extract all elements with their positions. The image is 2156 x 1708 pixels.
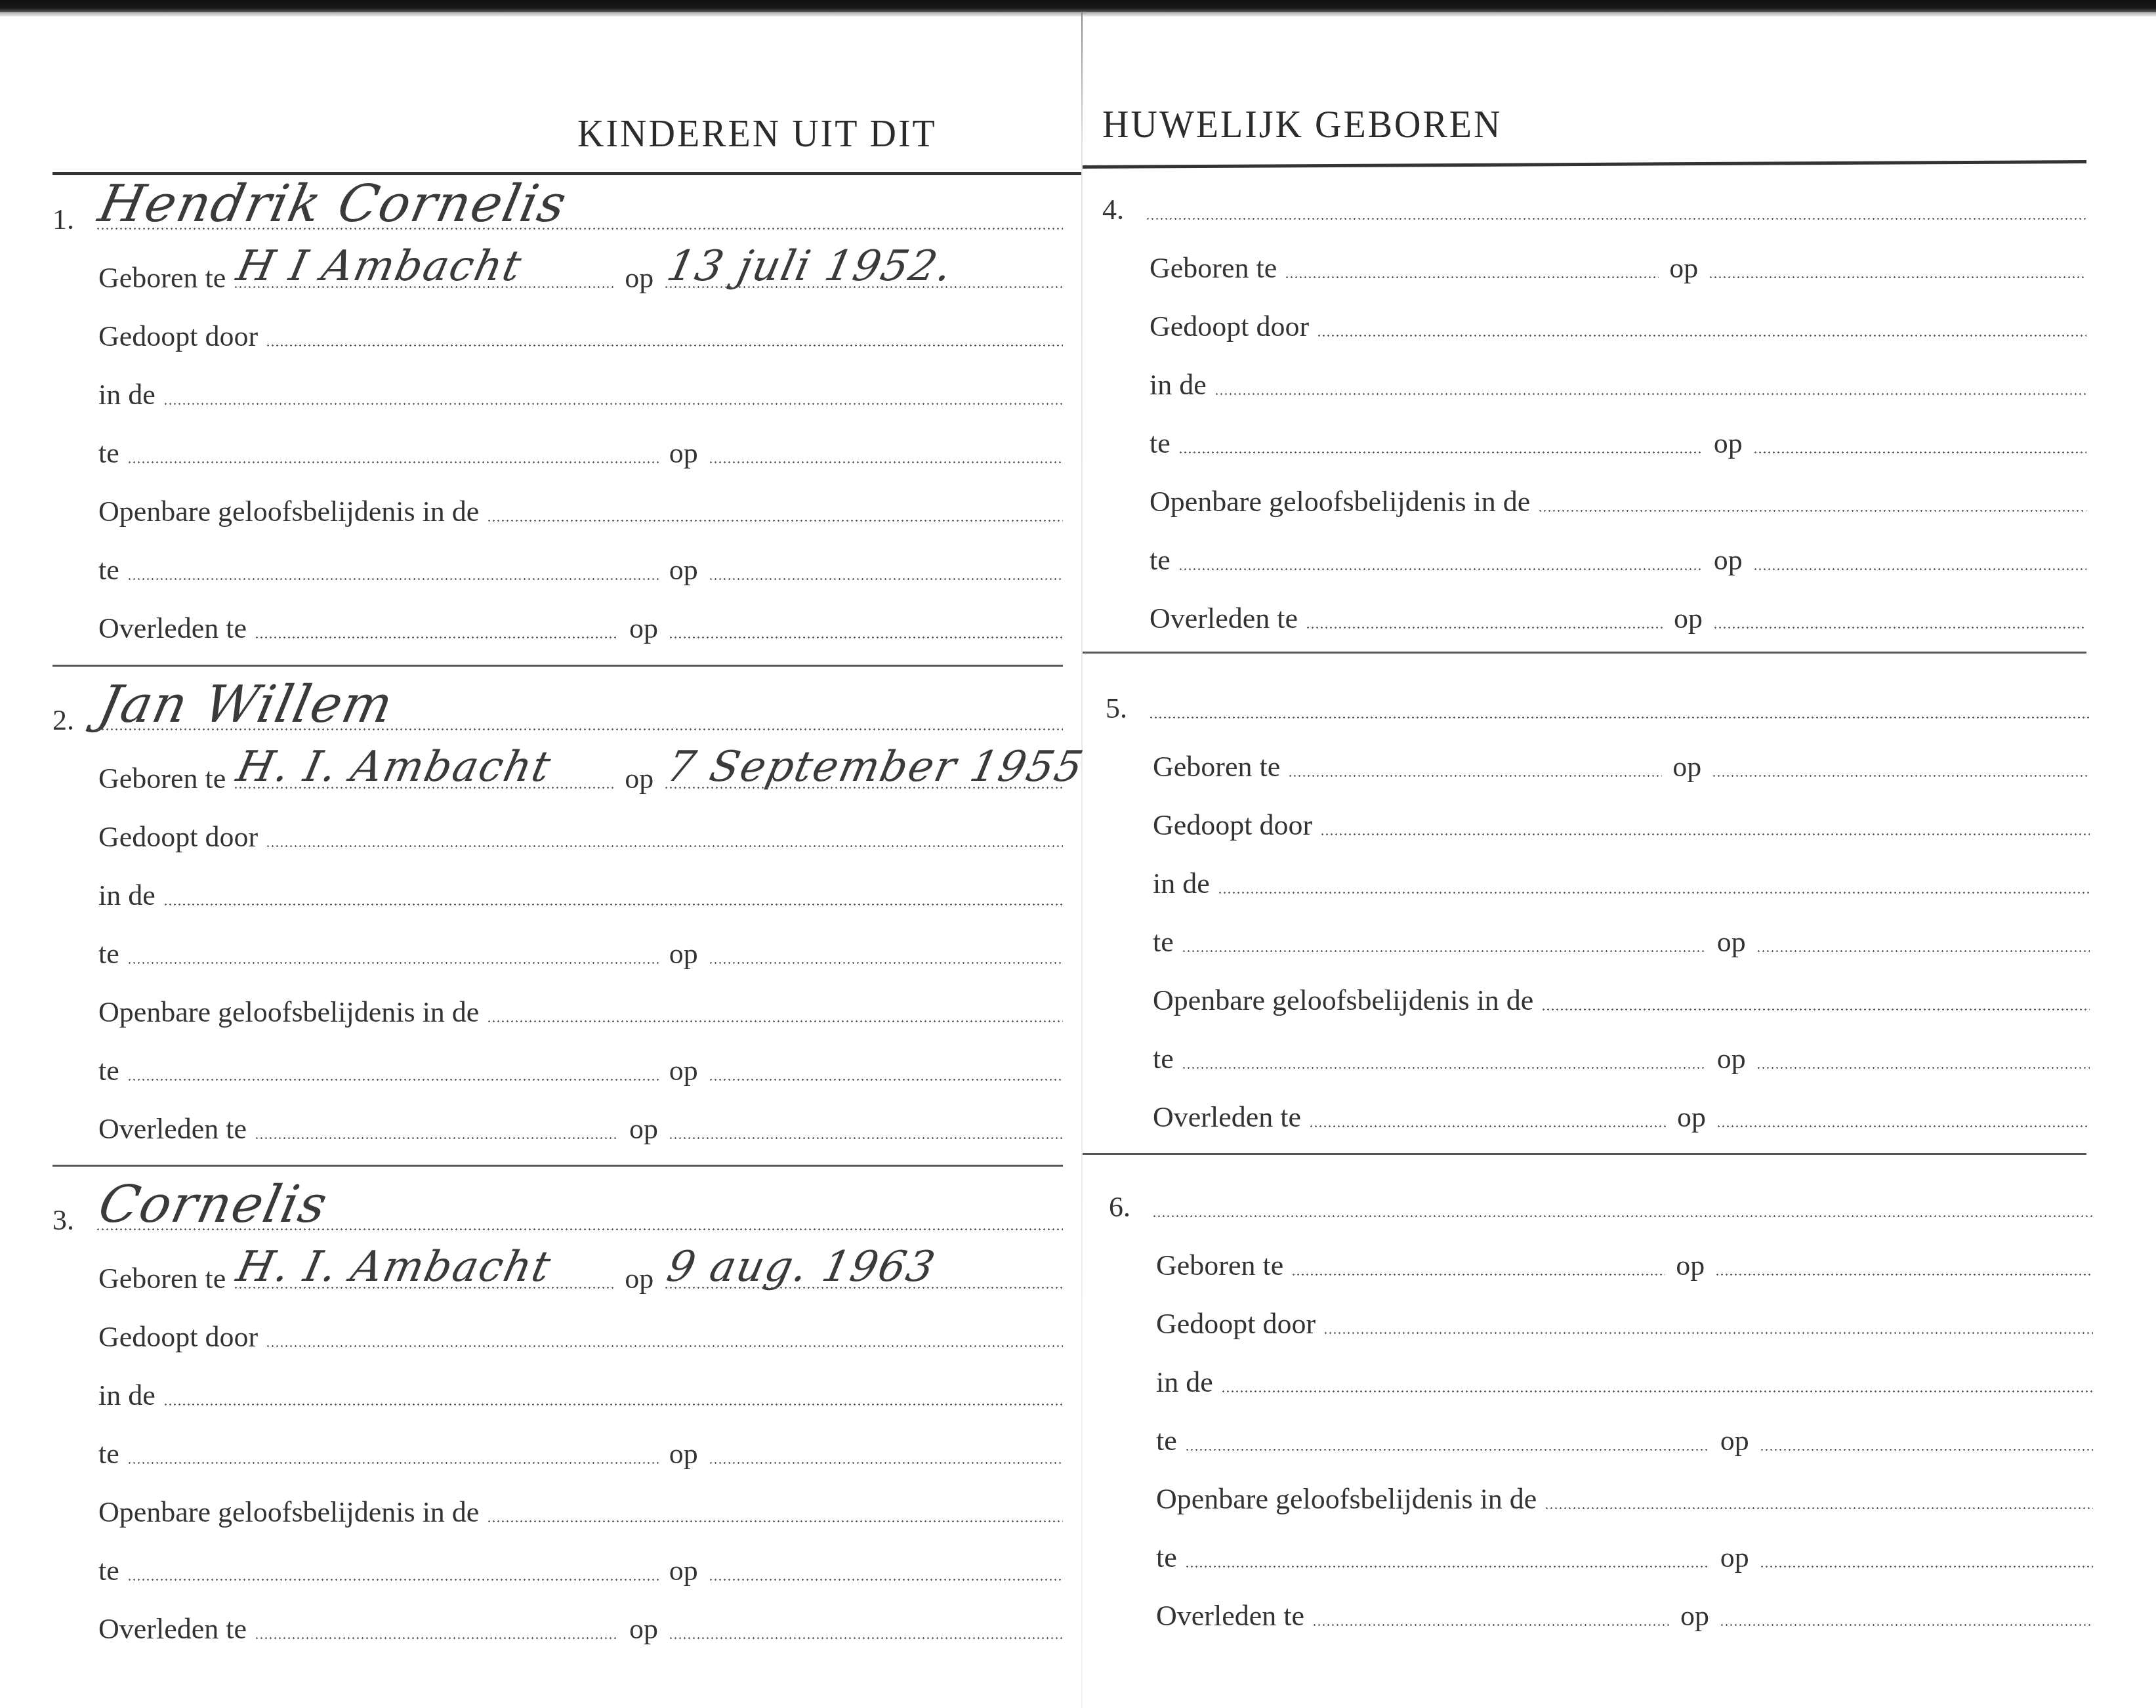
confession-date-field[interactable] xyxy=(709,1048,1063,1087)
born-place-field[interactable] xyxy=(1291,1243,1665,1282)
left-page: KINDEREN UIT DIT 1. Hendrik Cornelis Geb… xyxy=(0,0,1081,1708)
name-field[interactable]: Cornelis xyxy=(96,1198,1063,1237)
born-place-field[interactable]: H I Ambacht xyxy=(234,255,614,295)
born-place-value: H. I. Ambacht xyxy=(232,743,556,791)
te-label: te xyxy=(98,937,127,970)
confession-church-field[interactable] xyxy=(487,989,1063,1029)
name-field[interactable]: Hendrik Cornelis xyxy=(96,197,1063,236)
born-date-field[interactable] xyxy=(1715,1243,2093,1282)
baptism-place-row: te op xyxy=(1150,421,2086,460)
confession-date-field[interactable] xyxy=(709,1548,1063,1587)
died-label: Overleden te xyxy=(98,1112,255,1146)
died-date-field[interactable] xyxy=(669,1606,1063,1646)
confession-place-field[interactable] xyxy=(1185,1535,1710,1574)
confession-label: Openbare geloofsbelijdenis in de xyxy=(98,995,487,1029)
church-row: in de xyxy=(1153,861,2090,900)
op-label: op xyxy=(1670,1599,1720,1633)
right-page: HUWELIJK GEBOREN 4. Geboren te op Gedoop… xyxy=(1083,0,2156,1708)
born-date-field[interactable]: 13 juli 1952. xyxy=(664,255,1063,295)
born-label: Geboren te xyxy=(98,261,234,295)
baptism-date-field[interactable] xyxy=(1760,1418,2093,1457)
baptism-date-field[interactable] xyxy=(709,931,1063,970)
te-label: te xyxy=(1153,925,1182,959)
confession-church-field[interactable] xyxy=(1544,1476,2093,1516)
confession-row: Openbare geloofsbelijdenis in de xyxy=(1150,479,2086,518)
church-field[interactable] xyxy=(1214,362,2086,402)
church-label: in de xyxy=(98,879,163,912)
baptized-by-field[interactable] xyxy=(1323,1301,2093,1341)
op-label: op xyxy=(659,1437,709,1470)
died-place-field[interactable] xyxy=(1309,1094,1667,1134)
died-label: Overleden te xyxy=(1156,1599,1312,1633)
died-date-field[interactable] xyxy=(1720,1593,2093,1633)
te-label: te xyxy=(1156,1541,1185,1574)
baptized-by-field[interactable] xyxy=(266,314,1063,353)
died-row: Overleden te op xyxy=(1150,596,2086,635)
te-label: te xyxy=(1150,427,1178,460)
born-label: Geboren te xyxy=(1153,750,1288,783)
baptism-place-field[interactable] xyxy=(127,931,659,970)
te-label: te xyxy=(98,436,127,470)
church-row: in de xyxy=(98,1373,1063,1412)
born-date-value: 13 juli 1952. xyxy=(663,242,957,291)
baptized-row: Gedoopt door xyxy=(1150,304,2086,343)
church-field[interactable] xyxy=(163,873,1063,912)
te-label: te xyxy=(98,1054,127,1087)
confession-place-row: te op xyxy=(1153,1036,2090,1075)
name-value: Hendrik Cornelis xyxy=(93,175,572,234)
born-row: Geboren te H. I. Ambacht op 7 September … xyxy=(98,756,1063,795)
child-number: 4. xyxy=(1102,193,1146,226)
confession-church-field[interactable] xyxy=(1541,978,2090,1017)
confession-date-field[interactable] xyxy=(1756,1036,2090,1075)
confession-place-field[interactable] xyxy=(1178,537,1703,577)
confession-row: Openbare geloofsbelijdenis in de xyxy=(98,1489,1063,1529)
baptized-row: Gedoopt door xyxy=(98,314,1063,353)
te-label: te xyxy=(1153,1042,1182,1075)
baptism-place-field[interactable] xyxy=(1182,919,1707,959)
died-label: Overleden te xyxy=(1150,602,1306,635)
op-label: op xyxy=(614,261,664,295)
op-label: op xyxy=(1665,1249,1715,1282)
died-place-field[interactable] xyxy=(1306,596,1663,635)
op-label: op xyxy=(614,1262,664,1295)
op-label: op xyxy=(1659,251,1709,285)
born-place-value: H I Ambacht xyxy=(232,242,526,291)
church-field[interactable] xyxy=(163,1373,1063,1412)
heading-left: KINDEREN UIT DIT xyxy=(577,112,937,156)
child-number: 1. xyxy=(52,203,96,236)
op-label: op xyxy=(1710,1424,1760,1457)
confession-place-field[interactable] xyxy=(127,547,659,587)
baptized-label: Gedoopt door xyxy=(1156,1307,1323,1341)
born-date-field[interactable]: 9 aug. 1963 xyxy=(664,1256,1063,1295)
te-label: te xyxy=(1156,1424,1185,1457)
entry-divider xyxy=(52,1165,1063,1167)
born-place-field[interactable] xyxy=(1288,744,1662,783)
te-label: te xyxy=(98,1554,127,1587)
born-place-field[interactable]: H. I. Ambacht xyxy=(234,1256,614,1295)
confession-label: Openbare geloofsbelijdenis in de xyxy=(98,495,487,528)
child-number: 6. xyxy=(1109,1190,1152,1224)
baptism-place-field[interactable] xyxy=(127,430,659,470)
entry-divider xyxy=(1083,1153,2086,1155)
church-label: in de xyxy=(1150,368,1214,402)
confession-place-row: te op xyxy=(1156,1535,2093,1574)
church-row: in de xyxy=(98,873,1063,912)
died-place-field[interactable] xyxy=(255,1106,619,1146)
name-field[interactable] xyxy=(1146,187,2086,226)
died-row: Overleden te op xyxy=(1156,1593,2093,1633)
born-row: Geboren te op xyxy=(1153,744,2090,783)
baptized-label: Gedoopt door xyxy=(98,320,266,353)
baptized-label: Gedoopt door xyxy=(1153,808,1320,842)
baptism-place-row: te op xyxy=(98,1431,1063,1470)
op-label: op xyxy=(1662,750,1712,783)
born-place-value: H. I. Ambacht xyxy=(232,1243,556,1291)
born-label: Geboren te xyxy=(98,1262,234,1295)
name-field[interactable] xyxy=(1149,686,2090,725)
confession-row: Openbare geloofsbelijdenis in de xyxy=(1153,978,2090,1017)
church-row: in de xyxy=(1150,362,2086,402)
baptized-label: Gedoopt door xyxy=(1150,310,1317,343)
died-row: Overleden te op xyxy=(98,1606,1063,1646)
born-label: Geboren te xyxy=(1150,251,1285,285)
born-date-value: 7 September 1955 xyxy=(663,743,1088,791)
church-row: in de xyxy=(98,372,1063,411)
confession-church-field[interactable] xyxy=(487,489,1063,528)
died-place-field[interactable] xyxy=(255,606,619,645)
baptized-row: Gedoopt door xyxy=(98,1314,1063,1354)
op-label: op xyxy=(1707,1042,1756,1075)
church-field[interactable] xyxy=(163,372,1063,411)
church-row: in de xyxy=(1156,1360,2093,1399)
baptism-date-field[interactable] xyxy=(709,1431,1063,1470)
died-date-field[interactable] xyxy=(669,606,1063,645)
op-label: op xyxy=(1710,1541,1760,1574)
born-date-field[interactable] xyxy=(1709,245,2086,285)
baptized-row: Gedoopt door xyxy=(1153,802,2090,842)
baptism-date-field[interactable] xyxy=(709,430,1063,470)
born-row: Geboren te op xyxy=(1156,1243,2093,1282)
baptized-by-field[interactable] xyxy=(1317,304,2086,343)
op-label: op xyxy=(619,1112,669,1146)
died-label: Overleden te xyxy=(98,612,255,645)
te-label: te xyxy=(98,1437,127,1470)
died-date-field[interactable] xyxy=(1716,1094,2090,1134)
died-place-field[interactable] xyxy=(1312,1593,1670,1633)
born-date-field[interactable] xyxy=(1712,744,2090,783)
died-row: Overleden te op xyxy=(98,606,1063,645)
died-row: Overleden te op xyxy=(1153,1094,2090,1134)
confession-row: Openbare geloofsbelijdenis in de xyxy=(98,489,1063,528)
heading-rule-right xyxy=(1083,160,2086,169)
died-date-field[interactable] xyxy=(669,1106,1063,1146)
confession-date-field[interactable] xyxy=(1753,537,2086,577)
child-number: 5. xyxy=(1106,692,1149,725)
born-label: Geboren te xyxy=(98,762,234,795)
confession-place-field[interactable] xyxy=(127,1548,659,1587)
baptism-place-field[interactable] xyxy=(1178,421,1703,460)
confession-date-field[interactable] xyxy=(709,547,1063,587)
born-date-value: 9 aug. 1963 xyxy=(663,1243,940,1291)
church-field[interactable] xyxy=(1218,861,2090,900)
baptism-date-field[interactable] xyxy=(1756,919,2090,959)
name-row: 2. Jan Willem xyxy=(52,698,1063,737)
baptism-place-field[interactable] xyxy=(1185,1418,1710,1457)
church-label: in de xyxy=(98,378,163,411)
baptized-row: Gedoopt door xyxy=(98,814,1063,854)
confession-label: Openbare geloofsbelijdenis in de xyxy=(98,1495,487,1529)
op-label: op xyxy=(1703,543,1753,577)
child-number: 3. xyxy=(52,1203,96,1237)
baptism-place-row: te op xyxy=(1153,919,2090,959)
name-row: 1. Hendrik Cornelis xyxy=(52,197,1063,236)
baptism-place-field[interactable] xyxy=(127,1431,659,1470)
baptized-by-field[interactable] xyxy=(266,814,1063,854)
op-label: op xyxy=(659,937,709,970)
born-place-field[interactable]: H. I. Ambacht xyxy=(234,756,614,795)
church-field[interactable] xyxy=(1221,1360,2093,1399)
name-field[interactable]: Jan Willem xyxy=(96,698,1063,737)
op-label: op xyxy=(1663,602,1713,635)
born-row: Geboren te H. I. Ambacht op 9 aug. 1963 xyxy=(98,1256,1063,1295)
church-label: in de xyxy=(1153,867,1218,900)
name-field[interactable] xyxy=(1152,1184,2093,1224)
baptized-label: Gedoopt door xyxy=(98,1320,266,1354)
name-value: Cornelis xyxy=(93,1175,333,1234)
baptism-place-row: te op xyxy=(98,430,1063,470)
te-label: te xyxy=(1150,543,1178,577)
te-label: te xyxy=(98,553,127,587)
church-label: in de xyxy=(98,1379,163,1412)
op-label: op xyxy=(1667,1100,1716,1134)
confession-place-row: te op xyxy=(98,1048,1063,1087)
op-label: op xyxy=(659,553,709,587)
baptism-place-row: te op xyxy=(98,931,1063,970)
born-row: Geboren te H I Ambacht op 13 juli 1952. xyxy=(98,255,1063,295)
born-row: Geboren te op xyxy=(1150,245,2086,285)
confession-place-field[interactable] xyxy=(127,1048,659,1087)
baptized-by-field[interactable] xyxy=(1320,802,2090,842)
confession-place-row: te op xyxy=(98,547,1063,587)
name-row: 5. xyxy=(1106,686,2090,725)
name-row: 4. xyxy=(1102,187,2086,226)
name-row: 3. Cornelis xyxy=(52,1198,1063,1237)
op-label: op xyxy=(659,436,709,470)
died-date-field[interactable] xyxy=(1713,596,2086,635)
op-label: op xyxy=(659,1054,709,1087)
op-label: op xyxy=(659,1554,709,1587)
name-row: 6. xyxy=(1109,1184,2093,1224)
confession-row: Openbare geloofsbelijdenis in de xyxy=(1156,1476,2093,1516)
died-label: Overleden te xyxy=(98,1612,255,1646)
died-row: Overleden te op xyxy=(98,1106,1063,1146)
confession-row: Openbare geloofsbelijdenis in de xyxy=(98,989,1063,1029)
name-value: Jan Willem xyxy=(93,675,399,734)
confession-label: Openbare geloofsbelijdenis in de xyxy=(1150,485,1538,518)
confession-church-field[interactable] xyxy=(487,1489,1063,1529)
born-date-field[interactable]: 7 September 1955 xyxy=(664,756,1063,795)
confession-church-field[interactable] xyxy=(1538,479,2086,518)
confession-place-row: te op xyxy=(98,1548,1063,1587)
confession-label: Openbare geloofsbelijdenis in de xyxy=(1156,1482,1544,1516)
confession-date-field[interactable] xyxy=(1760,1535,2093,1574)
died-label: Overleden te xyxy=(1153,1100,1309,1134)
op-label: op xyxy=(619,612,669,645)
church-label: in de xyxy=(1156,1365,1221,1399)
baptism-place-row: te op xyxy=(1156,1418,2093,1457)
died-place-field[interactable] xyxy=(255,1606,619,1646)
heading-right: HUWELIJK GEBOREN xyxy=(1102,102,1502,146)
confession-place-field[interactable] xyxy=(1182,1036,1707,1075)
baptized-by-field[interactable] xyxy=(266,1314,1063,1354)
entry-divider xyxy=(1083,652,2086,654)
op-label: op xyxy=(614,762,664,795)
confession-label: Openbare geloofsbelijdenis in de xyxy=(1153,984,1541,1017)
born-label: Geboren te xyxy=(1156,1249,1291,1282)
confession-place-row: te op xyxy=(1150,537,2086,577)
op-label: op xyxy=(1707,925,1756,959)
born-place-field[interactable] xyxy=(1285,245,1659,285)
child-number: 2. xyxy=(52,703,96,737)
baptized-label: Gedoopt door xyxy=(98,820,266,854)
baptized-row: Gedoopt door xyxy=(1156,1301,2093,1341)
op-label: op xyxy=(1703,427,1753,460)
baptism-date-field[interactable] xyxy=(1753,421,2086,460)
entry-divider xyxy=(52,665,1063,667)
op-label: op xyxy=(619,1612,669,1646)
